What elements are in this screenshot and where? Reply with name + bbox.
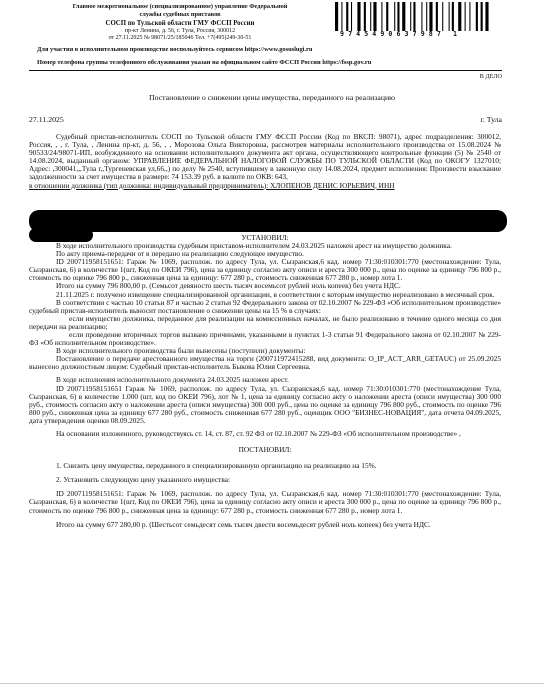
debtor-line: в отношении должника (тип должника: инди… [29, 182, 501, 190]
v-delo-mark: В ДЕЛО [480, 73, 502, 80]
gosuslugi-notice: Для участия в исполнительном производств… [37, 46, 312, 53]
resolved-heading: ПОСТАНОВИЛ: [29, 446, 501, 454]
barcode-icon [335, 2, 521, 31]
redaction-block [29, 210, 507, 232]
intro-paragraph: Судебный пристав-исполнитель СОСП по Тул… [29, 133, 501, 182]
issuing-authority-block: Главное межрегиональное (специализирован… [30, 3, 330, 41]
document-page: Главное межрегиональное (специализирован… [0, 0, 544, 687]
org-line-1: Главное межрегиональное (специализирован… [30, 3, 330, 11]
redacted-space [29, 190, 501, 212]
redaction-block [29, 228, 93, 242]
resolved-item: 2. Установить следующую цену указанного … [29, 476, 501, 484]
established-item: если проведение вторичных торгов вызвано… [29, 331, 501, 347]
established-item: ID 200711958151651: Гараж № 1069, распол… [29, 258, 501, 282]
established-item: если имущество должника, переданное для … [29, 315, 501, 331]
document-city: г. Тула [481, 115, 503, 124]
document-date: 27.11.2025 [29, 115, 64, 124]
established-item: В соответствии с частью 10 статьи 87 и ч… [29, 299, 501, 315]
resolved-item: 1. Снизить цену имущества, переданного в… [29, 462, 501, 470]
established-item: На основании изложенного, руководствуясь… [29, 430, 501, 438]
document-title: Постановление о снижении цены имущества,… [0, 93, 544, 102]
phone-notice: Номер телефона группы телефонного обслуж… [37, 59, 371, 66]
page-edge [0, 683, 544, 684]
document-body: Судебный пристав-исполнитель СОСП по Тул… [29, 133, 501, 529]
resolved-item: ID 200711958151651: Гараж № 1069, распол… [29, 490, 501, 514]
established-item: Постановление о передаче арестованного и… [29, 355, 501, 371]
org-line-3: СОСП по Тульской области ГМУ ФССП России [30, 20, 330, 28]
resolved-item: Итого на сумму 677 280,00 р. (Шестьсот с… [29, 521, 501, 529]
registration-line: от 27.11.2025 № 98071/25/185046 Тел. +7(… [30, 35, 330, 42]
header-divider [29, 70, 502, 71]
barcode-number: 9745490637987 1 [340, 30, 520, 38]
org-address: пр-кт Ленина, д. 56, г. Тула, Россия, 30… [30, 28, 330, 35]
established-item: ID 200711958151651 Гараж № 1069, располо… [29, 385, 501, 425]
org-line-2: службы судебных приставов [30, 11, 330, 19]
